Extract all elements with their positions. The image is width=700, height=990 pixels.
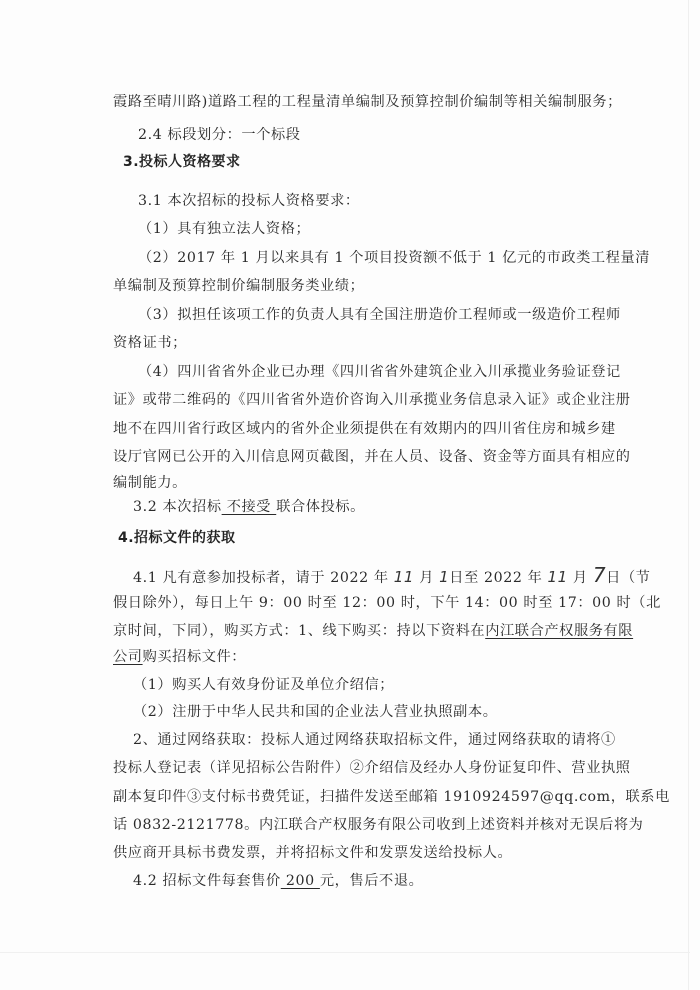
- online-line-4: 话 0832-2121778。内江联合产权服务有限公司收到上述资料并核对无误后将…: [113, 815, 643, 835]
- item-3-2-suffix: 联合体投标。: [276, 499, 365, 515]
- continued-service-line: 霞路至晴川路)道路工程的工程量清单编制及预算控制价编制等相关编制服务；: [113, 92, 622, 112]
- offline-requirement-2: （2）注册于中华人民共和国的企业法人营业执照副本。: [133, 702, 498, 722]
- month-label: 月: [419, 570, 434, 586]
- scan-artifact-line: [0, 952, 690, 953]
- requirement-4-line-4: 设厅官网已公开的入川信息网页截图，并在人员、设备、资金等方面具有相应的: [113, 447, 631, 467]
- item-4-1-prefix: 4.1 凡有意参加投标者，请于 2022 年: [133, 570, 389, 586]
- document-page: 霞路至晴川路)道路工程的工程量清单编制及预算控制价编制等相关编制服务； 2.4 …: [0, 0, 700, 990]
- section-4-heading: 4.招标文件的获取: [118, 528, 236, 548]
- month-label: 月: [573, 570, 588, 586]
- requirement-4-line-1: （4）四川省省外企业已办理《四川省省外建筑企业入川承揽业务验证登记: [138, 362, 621, 382]
- item-4-1-mid: 日至 2022 年: [449, 570, 542, 586]
- item-4-1-line-2: 假日除外），每日上午 9：00 时至 12：00 时，下午 14：00 时至 1…: [113, 593, 661, 613]
- company-name-underlined-cont: 公司: [113, 649, 143, 665]
- price-value: 200: [281, 873, 320, 889]
- handwritten-end-month: 11: [548, 568, 568, 586]
- item-4-1-line-3: 京时间，下同），购买方式：1、线下购买：持以下资料在内江联合产权服务有限: [113, 621, 633, 641]
- item-4-2: 4.2 招标文件每套售价 200 元，售后不退。: [133, 871, 423, 891]
- requirement-2-line-2: 单编制及预算控制价编制服务类业绩；: [113, 276, 364, 296]
- handwritten-end-day: 7: [593, 563, 606, 587]
- item-4-2-suffix: 元，售后不退。: [320, 873, 424, 889]
- handwritten-start-day: 1: [439, 568, 449, 586]
- requirement-4-line-2: 证》或带二维码的《四川省省外造价咨询入川承揽业务信息录入证》或企业注册: [113, 390, 631, 410]
- section-3-heading: 3.投标人资格要求: [123, 152, 241, 172]
- item-3-2: 3.2 本次招标 不接受 联合体投标。: [133, 497, 365, 517]
- item-4-1-line-4: 公司购买招标文件：: [113, 647, 246, 667]
- requirement-2-line-1: （2）2017 年 1 月以来具有 1 个项目投资额不低于 1 亿元的市政类工程…: [138, 248, 650, 268]
- offline-requirement-1: （1）购买人有效身份证及单位介绍信；: [133, 675, 394, 695]
- company-name-underlined: 内江联合产权服务有限: [485, 623, 633, 639]
- item-4-1-line-1: 4.1 凡有意参加投标者，请于 2022 年 11 月 1日至 2022 年 1…: [133, 565, 651, 588]
- requirement-3-line-2: 资格证书；: [113, 333, 187, 353]
- online-line-5: 供应商开具标书费发票，并将招标文件和发票发送给投标人。: [113, 843, 512, 863]
- item-3-1: 3.1 本次招标的投标人资格要求：: [138, 191, 360, 211]
- requirement-3-line-1: （3）拟担任该项工作的负责人具有全国注册造价工程师或一级造价工程师: [138, 305, 621, 325]
- online-line-1: 2、通过网络获取：投标人通过网络获取招标文件，通过网络获取的请将①: [133, 730, 616, 750]
- handwritten-start-month: 11: [394, 568, 414, 586]
- buy-suffix: 购买招标文件：: [143, 649, 247, 665]
- buy-method-text: 京时间，下同），购买方式：1、线下购买：持以下资料在: [113, 623, 485, 639]
- online-line-2: 投标人登记表（详见招标公告附件）②介绍信及经办人身份证复印件、营业执照: [113, 758, 631, 778]
- requirement-4-line-3: 地不在四川省行政区域内的省外企业须提供在有效期内的四川省住房和城乡建: [113, 419, 616, 439]
- consortium-acceptance-value: 不接受: [222, 499, 277, 515]
- item-2-4-lot-division: 2.4 标段划分：一个标段: [138, 125, 301, 145]
- item-4-2-prefix: 4.2 招标文件每套售价: [133, 873, 281, 889]
- requirement-4-line-5: 编制能力。: [113, 473, 187, 493]
- item-4-1-end: 日（节: [606, 570, 650, 586]
- online-line-3: 副本复印件③支付标书费凭证，扫描件发送至邮箱 1910924597@qq.com…: [113, 787, 670, 807]
- scan-edge-line: [688, 0, 689, 990]
- requirement-1: （1）具有独立法人资格；: [138, 219, 310, 239]
- item-3-2-prefix: 3.2 本次招标: [133, 499, 222, 515]
